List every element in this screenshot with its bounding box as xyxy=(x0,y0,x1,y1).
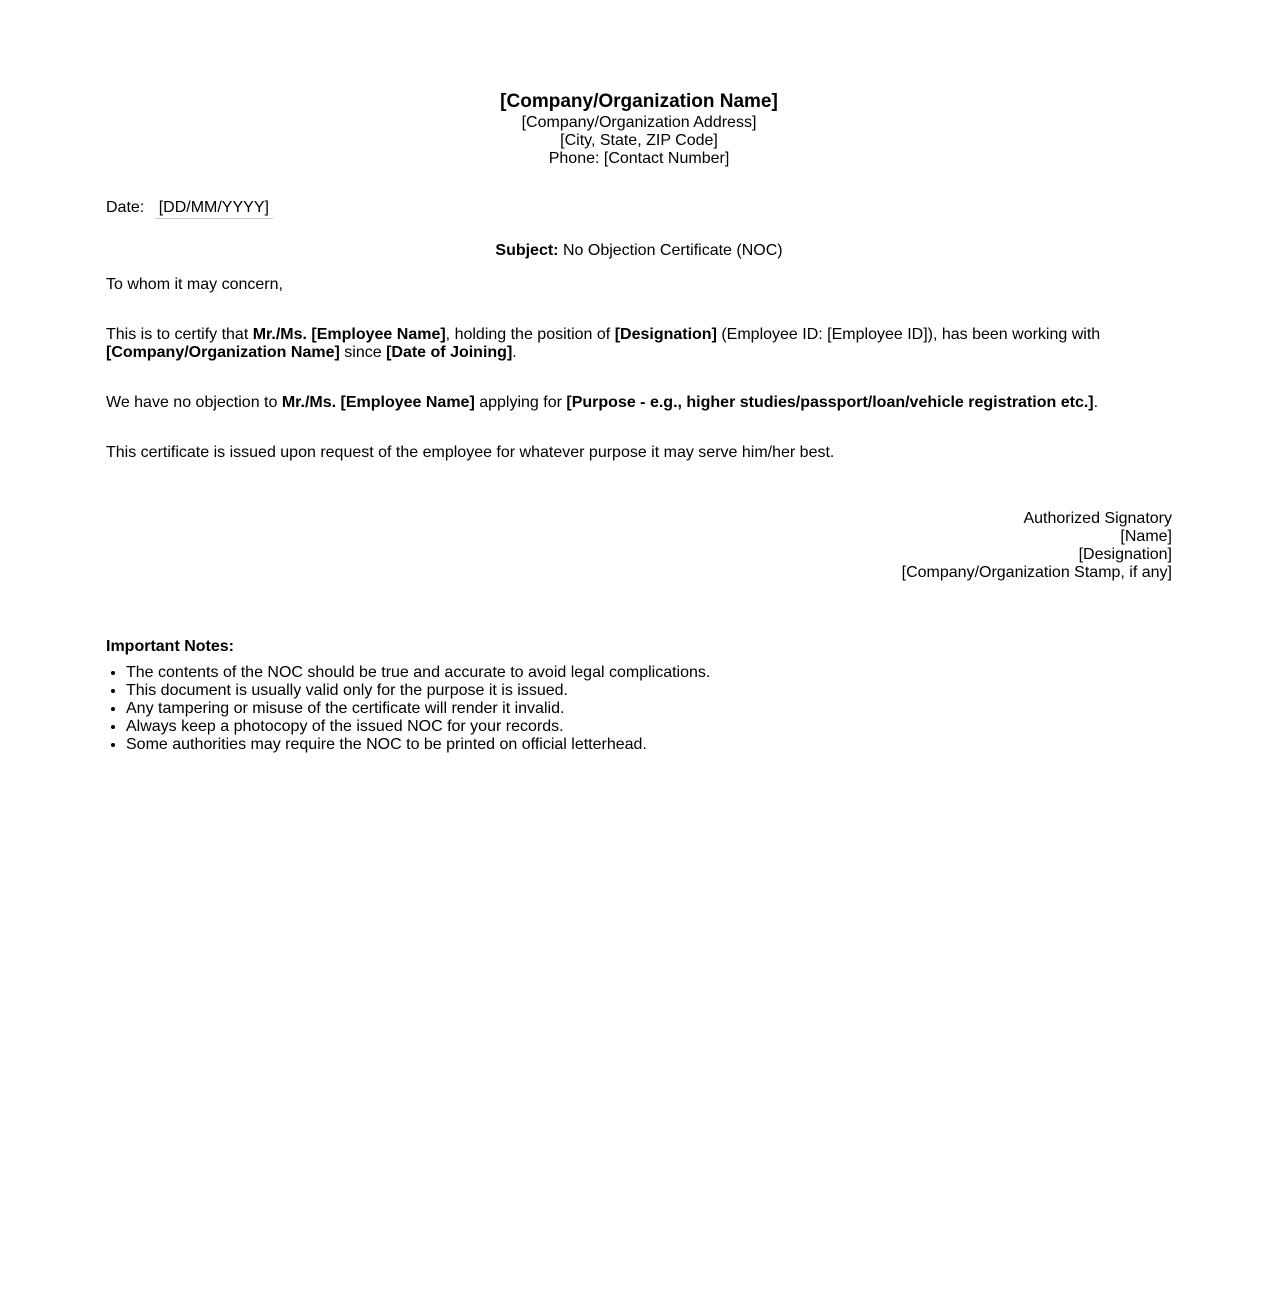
notes-list: The contents of the NOC should be true a… xyxy=(106,664,710,754)
company-phone: Phone: [Contact Number] xyxy=(106,150,1172,168)
list-item: The contents of the NOC should be true a… xyxy=(126,664,710,682)
employee-name: Mr./Ms. [Employee Name] xyxy=(282,394,475,411)
signature-block: Authorized Signatory [Name] [Designation… xyxy=(902,510,1172,582)
company-address: [Company/Organization Address] xyxy=(106,114,1172,132)
designation: [Designation] xyxy=(615,326,717,343)
list-item: Always keep a photocopy of the issued NO… xyxy=(126,718,710,736)
list-item: Any tampering or misuse of the certifica… xyxy=(126,700,710,718)
issuance-paragraph: This certificate is issued upon request … xyxy=(106,444,1172,462)
text: since xyxy=(340,344,386,361)
subject-text: No Objection Certificate (NOC) xyxy=(563,242,783,259)
employee-name: Mr./Ms. [Employee Name] xyxy=(253,326,446,343)
signatory-name: [Name] xyxy=(902,528,1172,546)
date-label: Date: xyxy=(106,199,144,216)
text: We have no objection to xyxy=(106,394,282,411)
list-item: This document is usually valid only for … xyxy=(126,682,710,700)
company-stamp: [Company/Organization Stamp, if any] xyxy=(902,564,1172,582)
text: . xyxy=(1094,394,1098,411)
letterhead: [Company/Organization Name] [Company/Org… xyxy=(106,90,1172,168)
purpose: [Purpose - e.g., higher studies/passport… xyxy=(566,394,1093,411)
text: applying for xyxy=(475,394,567,411)
signatory-title: Authorized Signatory xyxy=(902,510,1172,528)
company-name-inline: [Company/Organization Name] xyxy=(106,344,340,361)
date-field[interactable]: [DD/MM/YYYY] xyxy=(155,199,273,219)
text: (Employee ID: [Employee ID]), has been w… xyxy=(717,326,1100,343)
date-of-joining: [Date of Joining] xyxy=(386,344,512,361)
notes-title: Important Notes: xyxy=(106,638,234,656)
list-item: Some authorities may require the NOC to … xyxy=(126,736,710,754)
subject-label: Subject: xyxy=(495,242,558,259)
subject-line: Subject: No Objection Certificate (NOC) xyxy=(106,242,1172,260)
text: This is to certify that xyxy=(106,326,253,343)
date-row: Date: [DD/MM/YYYY] xyxy=(106,199,273,219)
text: , holding the position of xyxy=(446,326,615,343)
no-objection-paragraph: We have no objection to Mr./Ms. [Employe… xyxy=(106,394,1172,412)
company-name: [Company/Organization Name] xyxy=(106,90,1172,114)
certification-paragraph: This is to certify that Mr./Ms. [Employe… xyxy=(106,326,1172,362)
text: . xyxy=(512,344,516,361)
greeting: To whom it may concern, xyxy=(106,276,1172,294)
company-city-state-zip: [City, State, ZIP Code] xyxy=(106,132,1172,150)
signatory-designation: [Designation] xyxy=(902,546,1172,564)
